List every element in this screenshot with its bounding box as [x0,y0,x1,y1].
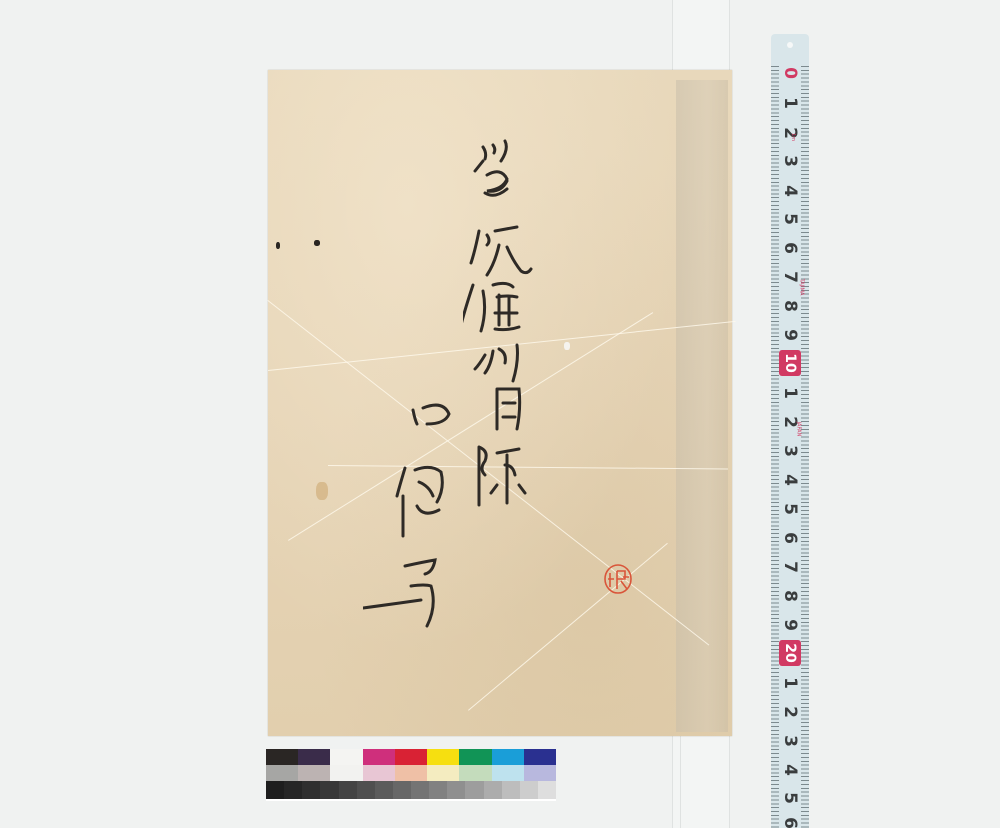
ruler-number: 5 [779,787,801,809]
ruler-hang-hole [787,42,793,48]
swatch [427,765,459,781]
color-chart-top-row [266,749,556,765]
gray-scale-row [266,781,556,799]
swatch [524,765,556,781]
swatch [363,765,395,781]
ruler-number: 5 [779,498,801,520]
swatch [427,749,459,765]
swatch [266,781,284,799]
ruler-number-20: 20 [779,640,801,666]
calligraphy-subtitle [363,400,473,630]
red-seal-stamp [603,563,633,595]
ruler-number: 4 [779,469,801,491]
swatch [330,765,362,781]
backdrop-strip-right [680,736,730,828]
ruler-unit-label: 1m [790,133,796,141]
ruler-number: 1 [779,92,801,114]
ruler-ticks-left [771,66,779,828]
ruler-number: 8 [779,585,801,607]
swatch [465,781,483,799]
ruler-number: 7 [779,556,801,578]
ruler-number: 3 [779,730,801,752]
ruler-number: 1 [779,382,801,404]
swatch [492,765,524,781]
ruler-number: 3 [779,150,801,172]
ruler-number: 4 [779,180,801,202]
swatch [320,781,338,799]
swatch [266,749,298,765]
ink-spot [314,240,320,246]
swatch [339,781,357,799]
ruler-number: 8 [779,295,801,317]
swatch [484,781,502,799]
swatch [298,765,330,781]
swatch [302,781,320,799]
color-calibration-chart [266,749,556,801]
color-chart-middle-row [266,765,556,781]
ruler-number: 6 [779,812,801,828]
swatch [375,781,393,799]
paper-crease [468,543,668,711]
swatch [502,781,520,799]
ruler-number-10: 10 [779,350,801,376]
ruler-number: 9 [779,324,801,346]
ruler-ticks-right [801,66,809,828]
swatch [520,781,538,799]
binding-spine [676,80,728,732]
ruler-number: 3 [779,440,801,462]
swatch [524,749,556,765]
swatch [395,765,427,781]
swatch [411,781,429,799]
swatch [429,781,447,799]
manuscript-page [268,70,732,736]
paper-hole [564,342,570,350]
swatch [395,749,427,765]
ruler-brand-label: TAJIMA [798,279,804,296]
ink-spot [276,242,280,249]
swatch [357,781,375,799]
swatch [447,781,465,799]
ruler-number: 0 [779,62,801,84]
swatch [492,749,524,765]
swatch [363,749,395,765]
ruler-number: 2 [779,701,801,723]
ruler-number: 6 [779,527,801,549]
swatch [459,749,491,765]
swatch [459,765,491,781]
measuring-ruler: 0 1 2 1m 3 4 5 6 7 TAJIMA 8 9 10 1 2 JAP… [771,34,809,828]
swatch [330,749,362,765]
swatch [538,781,556,799]
swatch [393,781,411,799]
swatch [266,765,298,781]
ruler-country-label: JAPAN [795,422,801,437]
ruler-number: 5 [779,208,801,230]
swatch [298,749,330,765]
ruler-number: 6 [779,237,801,259]
calligraphy-title [463,135,553,535]
ruler-number: 4 [779,759,801,781]
ruler-number: 9 [779,614,801,636]
swatch [284,781,302,799]
water-stain [316,482,328,500]
ruler-number: 1 [779,672,801,694]
